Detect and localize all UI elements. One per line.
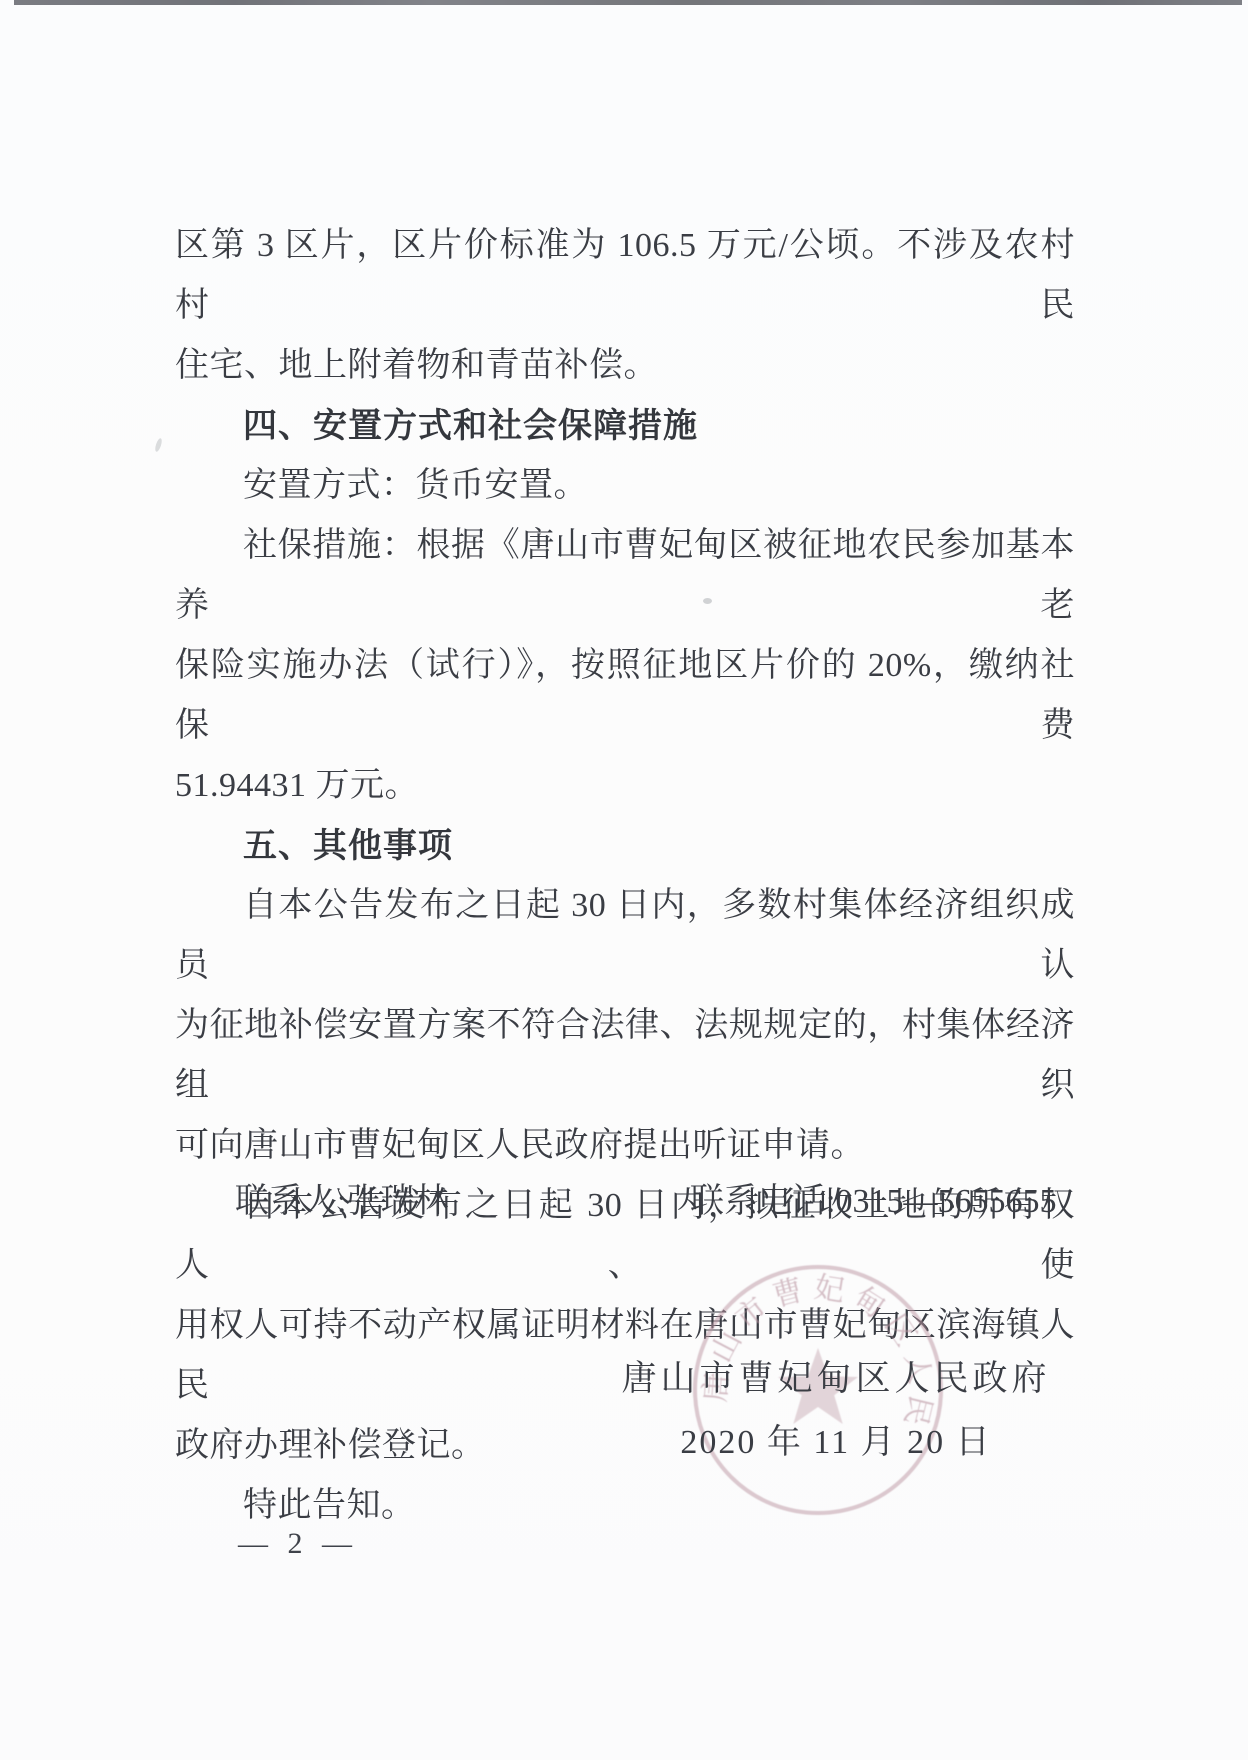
body-line-6: 保险实施办法（试行）》，按照征地区片价的 20%，缴纳社保费 bbox=[175, 636, 1075, 756]
body-line-1: 区第 3 区片，区片价标准为 106.5 万元/公顷。不涉及农村村民 bbox=[175, 216, 1075, 336]
contact-phone: 联系电话:0315—5655655 bbox=[690, 1172, 1056, 1232]
signature-date: 2020 年 11 月 20 日 bbox=[586, 1411, 1086, 1475]
scan-speckle bbox=[154, 438, 163, 453]
contact-person: 联系人:张瑞林 bbox=[235, 1172, 448, 1232]
body-line-2: 住宅、地上附着物和青苗补偿。 bbox=[175, 336, 1075, 396]
body-line-9: 自本公告发布之日起 30 日内，多数村集体经济组织成员认 bbox=[175, 876, 1075, 996]
body-line-4: 安置方式：货币安置。 bbox=[175, 456, 1075, 516]
page-number: — 2 — bbox=[238, 1524, 358, 1564]
body-line-10: 为征地补偿安置方案不符合法律、法规规定的，村集体经济组织 bbox=[175, 996, 1075, 1116]
section-heading-4: 四、安置方式和社会保障措施 bbox=[175, 396, 1075, 456]
signature-block: 唐山市曹妃甸区人民政府 2020 年 11 月 20 日 bbox=[586, 1347, 1086, 1475]
body-line-5: 社保措施：根据《唐山市曹妃甸区被征地农民参加基本养老 bbox=[175, 516, 1075, 636]
body-line-11: 可向唐山市曹妃甸区人民政府提出听证申请。 bbox=[175, 1116, 1075, 1176]
issuer-name: 唐山市曹妃甸区人民政府 bbox=[586, 1347, 1086, 1411]
document-page: 区第 3 区片，区片价标准为 106.5 万元/公顷。不涉及农村村民 住宅、地上… bbox=[0, 0, 1248, 1760]
scan-artifact-top-line bbox=[14, 0, 1242, 5]
body-line-7: 51.94431 万元。 bbox=[175, 756, 1075, 816]
section-heading-5: 五、其他事项 bbox=[175, 816, 1075, 876]
